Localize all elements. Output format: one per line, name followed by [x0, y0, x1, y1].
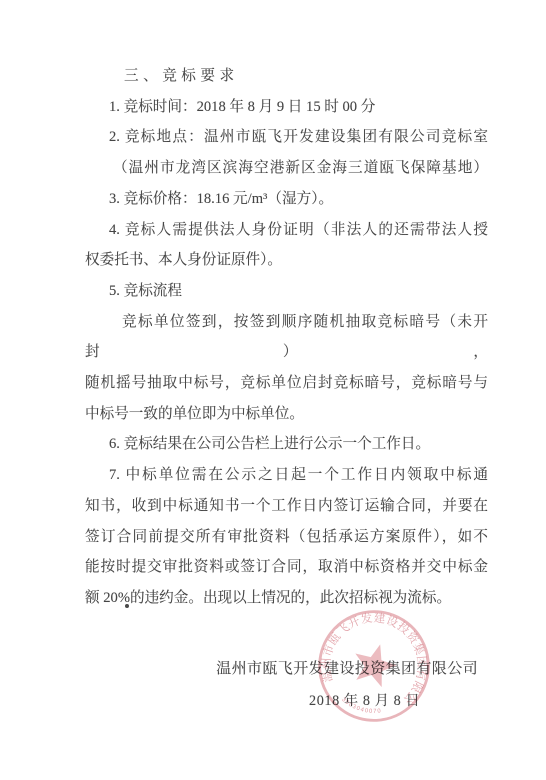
scanned-document-page: 三、竞标要求 1. 竞标时间：2018 年 8 月 9 日 15 时 00 分 … — [0, 0, 546, 780]
doc-line: 能按时提交审批资料或签订合同，取消中标资格并交中标金 — [85, 552, 488, 583]
signature-date: 2018 年 8 月 8 日 — [309, 690, 420, 710]
doc-line: 6. 竞标结果在公司公告栏上进行公示一个工作日。 — [85, 429, 488, 460]
doc-line: 知书，收到中标通知书一个工作日内签订运输合同，并要在 — [85, 491, 488, 522]
doc-line: 1. 竞标时间：2018 年 8 月 9 日 15 时 00 分 — [85, 92, 488, 123]
signature-company: 温州市瓯飞开发建设投资集团有限公司 — [216, 657, 478, 678]
doc-line: 4. 竞标人需提供法人身份证明（非法人的还需带法人授 — [85, 215, 488, 246]
doc-line: 竞标单位签到，按签到顺序随机抽取竞标暗号（未开封）， — [85, 307, 488, 368]
doc-line: 权委托书、本人身份证原件）。 — [85, 245, 488, 276]
doc-line: （温州市龙湾区滨海空港新区金海三道瓯飞保障基地） — [85, 153, 488, 184]
doc-line: 中标号一致的单位即为中标单位。 — [85, 399, 488, 430]
doc-line: 5. 竞标流程 — [85, 276, 488, 307]
section-heading: 三、竞标要求 — [85, 61, 488, 92]
document-body: 三、竞标要求 1. 竞标时间：2018 年 8 月 9 日 15 时 00 分 … — [85, 61, 488, 614]
doc-line: 签订合同前提交所有审批资料（包括承运方案原件），如不 — [85, 522, 488, 553]
doc-line: 3. 竞标价格：18.16 元/m³（湿方）。 — [85, 184, 488, 215]
doc-line: 额 20%的违约金。出现以上情况的，此次招标视为流标。 — [85, 583, 488, 614]
doc-line: 7. 中标单位需在公示之日起一个工作日内领取中标通 — [85, 460, 488, 491]
doc-line: 随机摇号抽取中标号，竞标单位启封竞标暗号，竞标暗号与 — [85, 368, 488, 399]
doc-line: 2. 竞标地点：温州市瓯飞开发建设集团有限公司竞标室 — [85, 122, 488, 153]
ink-speck — [125, 604, 129, 608]
